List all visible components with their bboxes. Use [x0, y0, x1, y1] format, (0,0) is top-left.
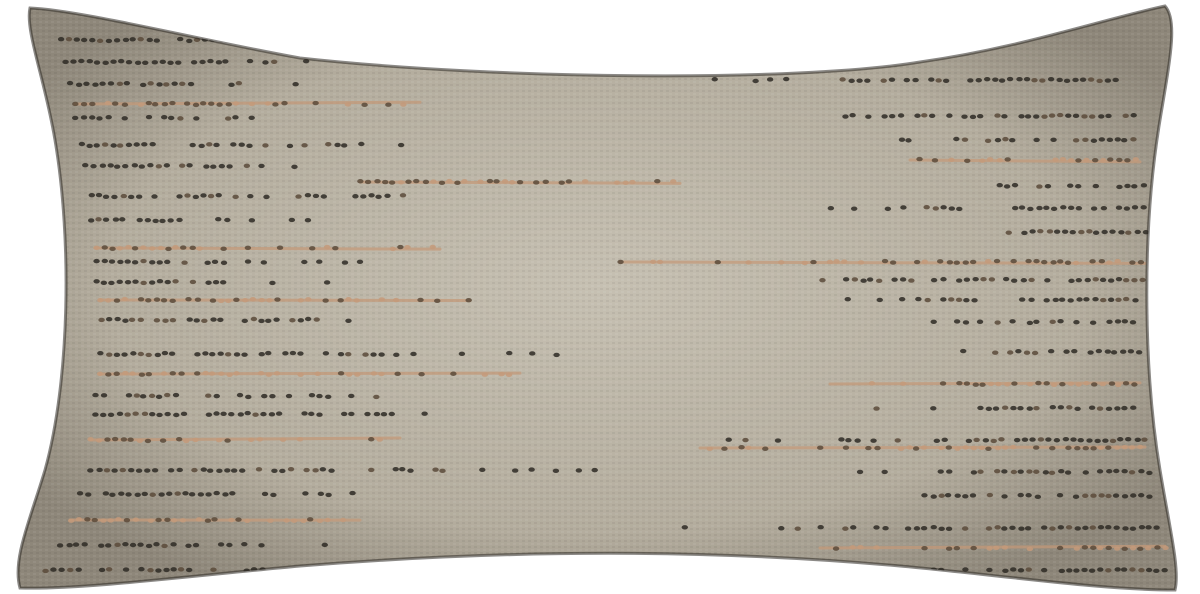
throw-pillow-image [0, 0, 1200, 594]
copper-thread-stripe [95, 248, 440, 249]
pillow-texture [0, 0, 1200, 594]
copper-thread-stripe [90, 438, 400, 440]
product-photo [0, 0, 1200, 594]
